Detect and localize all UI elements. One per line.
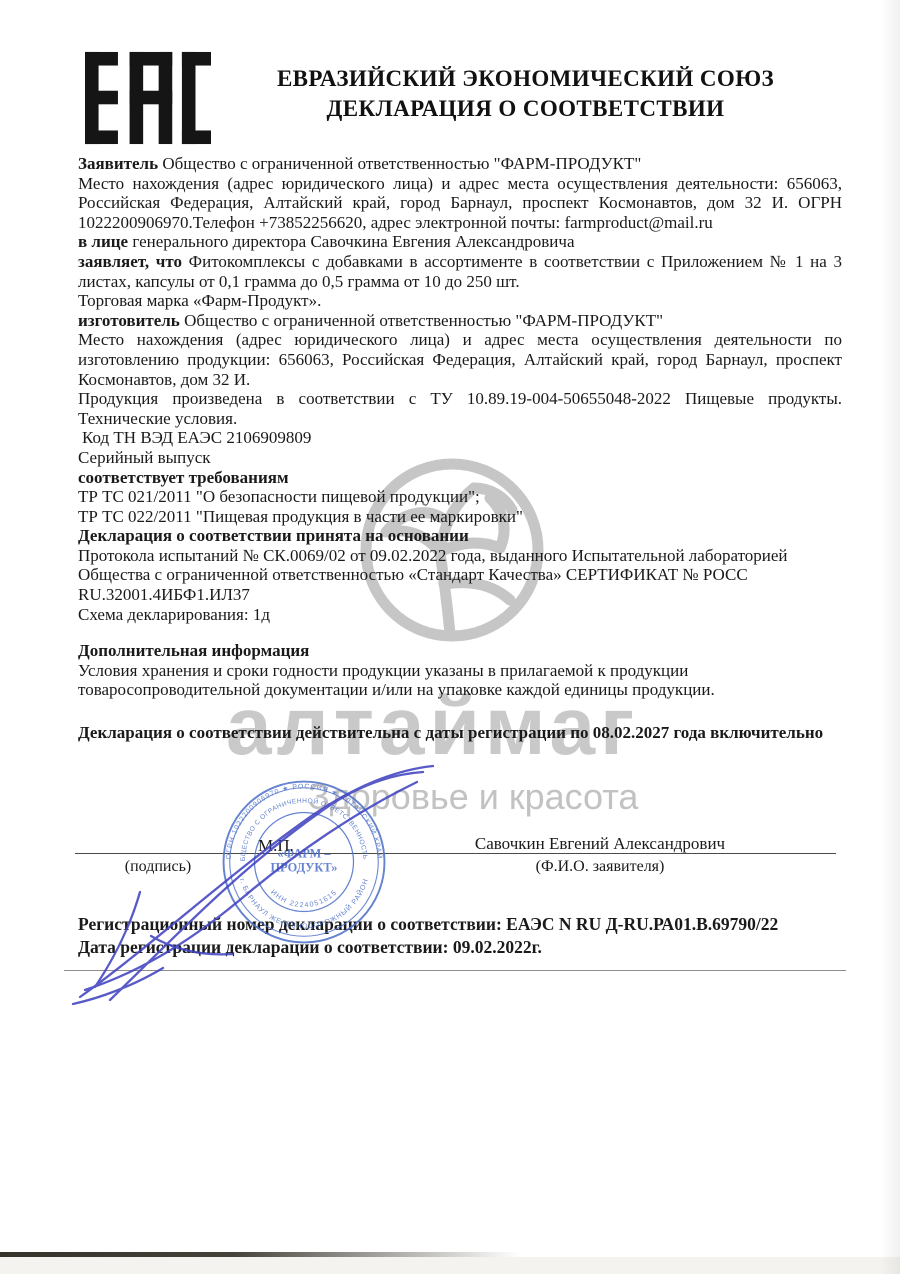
paragraph-serial-release: Серийный выпуск	[78, 448, 842, 468]
scan-bottom-edge-line	[0, 1252, 520, 1257]
paragraph-test-protocol: Протокола испытаний № СК.0069/02 от 09.0…	[78, 546, 842, 605]
paragraph-additional-info-heading: Дополнительная информация	[78, 641, 842, 661]
paragraph-tr-ts-022: ТР ТС 022/2011 "Пищевая продукция в част…	[78, 507, 842, 527]
label-validity: Декларация о соответствии действительна …	[78, 723, 823, 742]
text-test-protocol: Протокола испытаний № СК.0069/02 от 09.0…	[78, 546, 788, 604]
text-trademark: Торговая марка «Фарм-Продукт».	[78, 291, 321, 310]
text-storage-conditions: Условия хранения и сроки годности продук…	[78, 661, 715, 700]
label-declares: заявляет, что	[78, 252, 182, 271]
eac-mark-icon	[85, 50, 211, 146]
paragraph-represented-by: в лице генерального директора Савочкина …	[78, 232, 842, 252]
text-manufacturer-address: Место нахождения (адрес юридического лиц…	[78, 330, 842, 388]
label-basis: Декларация о соответствии принята на осн…	[78, 526, 469, 545]
paragraph-manufacturer: изготовитель Общество с ограниченной отв…	[78, 311, 842, 331]
text-tnved-code: Код ТН ВЭД ЕАЭС 2106909809	[82, 428, 311, 447]
document-title: ЕВРАЗИЙСКИЙ ЭКОНОМИЧЕСКИЙ СОЮЗ ДЕКЛАРАЦИ…	[211, 50, 840, 124]
paragraph-trademark: Торговая марка «Фарм-Продукт».	[78, 291, 842, 311]
text-manufacturer: Общество с ограниченной ответственностью…	[180, 311, 663, 330]
text-produced-per-tu: Продукция произведена в соответствии с Т…	[78, 389, 842, 428]
text-applicant: Общество с ограниченной ответственностью…	[158, 154, 641, 173]
label-additional-info: Дополнительная информация	[78, 641, 309, 660]
title-union: ЕВРАЗИЙСКИЙ ЭКОНОМИЧЕСКИЙ СОЮЗ	[211, 64, 840, 94]
label-applicant: Заявитель	[78, 154, 158, 173]
text-tr-ts-021: ТР ТС 021/2011 "О безопасности пищевой п…	[78, 487, 480, 506]
text-serial-release: Серийный выпуск	[78, 448, 211, 467]
paragraph-produced-per-tu: Продукция произведена в соответствии с Т…	[78, 389, 842, 428]
paragraph-storage-conditions: Условия хранения и сроки годности продук…	[78, 661, 842, 700]
paragraph-tnved-code: Код ТН ВЭД ЕАЭС 2106909809	[78, 428, 842, 448]
declaration-document-page: алтаймаг Здоровье и красота ЕВРАЗИЙСКИЙ …	[0, 0, 900, 1274]
paragraph-declares: заявляет, что Фитокомплексы с добавками …	[78, 252, 842, 291]
document-body: Заявитель Общество с ограниченной ответс…	[78, 154, 842, 743]
fio-caption: (Ф.И.О. заявителя)	[430, 858, 770, 876]
document-header: ЕВРАЗИЙСКИЙ ЭКОНОМИЧЕСКИЙ СОЮЗ ДЕКЛАРАЦИ…	[85, 50, 840, 146]
paragraph-basis-heading: Декларация о соответствии принята на осн…	[78, 526, 842, 546]
handwritten-signature	[55, 742, 455, 1022]
scan-right-edge	[880, 0, 900, 1274]
paragraph-tr-ts-021: ТР ТС 021/2011 "О безопасности пищевой п…	[78, 487, 842, 507]
label-represented-by: в лице	[78, 232, 128, 251]
text-tr-ts-022: ТР ТС 022/2011 "Пищевая продукция в част…	[78, 507, 523, 526]
paragraph-complies-heading: соответствует требованиям	[78, 468, 842, 488]
paragraph-manufacturer-address: Место нахождения (адрес юридического лиц…	[78, 330, 842, 389]
label-complies: соответствует требованиям	[78, 468, 289, 487]
paragraph-applicant-address: Место нахождения (адрес юридического лиц…	[78, 174, 842, 233]
text-applicant-address: Место нахождения (адрес юридического лиц…	[78, 174, 842, 232]
scan-bottom-edge	[0, 1257, 900, 1274]
text-represented-by: генерального директора Савочкина Евгения…	[128, 232, 574, 251]
title-declaration: ДЕКЛАРАЦИЯ О СООТВЕТСТВИИ	[211, 94, 840, 124]
paragraph-validity: Декларация о соответствии действительна …	[78, 723, 842, 743]
paragraph-declaration-scheme: Схема декларирования: 1д	[78, 605, 842, 625]
text-declares: Фитокомплексы с добавками в ассортименте…	[78, 252, 842, 291]
text-declaration-scheme: Схема декларирования: 1д	[78, 605, 270, 624]
paragraph-applicant: Заявитель Общество с ограниченной ответс…	[78, 154, 842, 174]
label-manufacturer: изготовитель	[78, 311, 180, 330]
applicant-name: Савочкин Евгений Александрович	[430, 834, 770, 854]
